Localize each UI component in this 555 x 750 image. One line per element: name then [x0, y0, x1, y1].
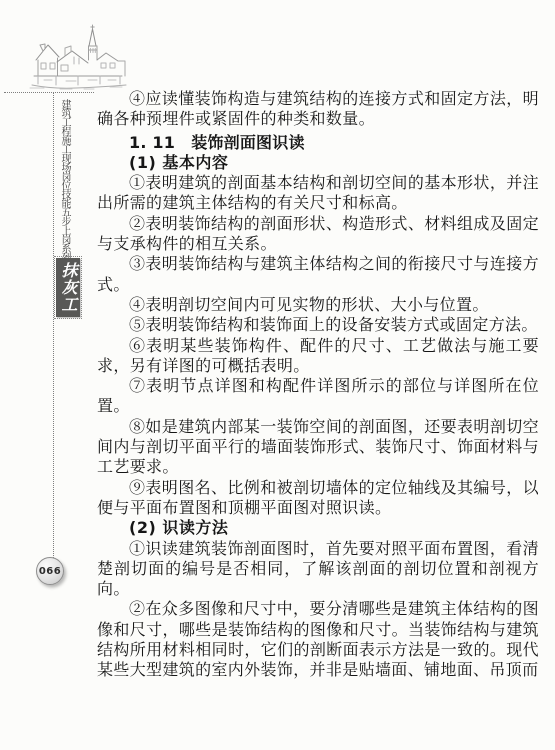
- page-number-badge: 066: [36, 557, 64, 585]
- list-item: ⑤表明装饰结构和装饰面上的设备安装方式或固定方法。: [97, 315, 539, 335]
- list-item: ①识读建筑装饰剖面图时，首先要对照平面布置图，看清楚剖切面的编号是否相同，了解该…: [97, 539, 539, 600]
- dotted-rule-vertical: [53, 92, 54, 560]
- dotted-rule-horizontal: [4, 92, 94, 93]
- list-item: ①表明建筑的剖面基本结构和剖切空间的基本形状，并注出所需的建筑主体结构的有关尺寸…: [97, 173, 539, 214]
- list-item: ⑨表明图名、比例和被剖切墙体的定位轴线及其编号，以便与平面布置图和顶棚平面图对照…: [97, 478, 539, 519]
- paragraph-prev-section: ④应读懂装饰构造与建筑结构的连接方式和固定方法，明确各种预埋件或紧固件的种类和数…: [97, 89, 539, 130]
- trade-badge: 抹灰工: [56, 258, 80, 317]
- list-item: ④表明剖切空间内可见实物的形状、大小与位置。: [97, 295, 539, 315]
- book-page: 建筑工程施工现场岗位技能五步上岗系列 抹灰工 066 ④应读懂装饰构造与建筑结构…: [0, 0, 555, 750]
- list-item: ②表明装饰结构的剖面形状、构造形式、材料组成及固定与支承构件的相互关系。: [97, 214, 539, 255]
- list-item: ⑦表明节点详图和构配件详图所示的部位与详图所在位置。: [97, 376, 539, 417]
- list-item: ⑧如是建筑内部某一装饰空间的剖面图，还要表明剖切空间内与剖切平面平行的墙面装饰形…: [97, 417, 539, 478]
- series-title-vertical: 建筑工程施工现场岗位技能五步上岗系列: [57, 99, 71, 259]
- subheading-reading-method: (2) 识读方法: [97, 518, 539, 538]
- section-heading: 1. 11 装饰剖面图识读: [97, 133, 539, 153]
- building-sketch-icon: [26, 24, 128, 92]
- list-item: ⑥表明某些装饰构件、配件的尺寸、工艺做法与施工要求，另有详图的可概括表明。: [97, 336, 539, 377]
- subheading-basic-content: (1) 基本内容: [97, 153, 539, 173]
- list-item: ②在众多图像和尺寸中，要分清哪些是建筑主体结构的图像和尺寸，哪些是装饰结构的图像…: [97, 599, 539, 680]
- page-text-column: ④应读懂装饰构造与建筑结构的连接方式和固定方法，明确各种预埋件或紧固件的种类和数…: [97, 89, 539, 681]
- list-item: ③表明装饰结构与建筑主体结构之间的衔接尺寸与连接方式。: [97, 254, 539, 295]
